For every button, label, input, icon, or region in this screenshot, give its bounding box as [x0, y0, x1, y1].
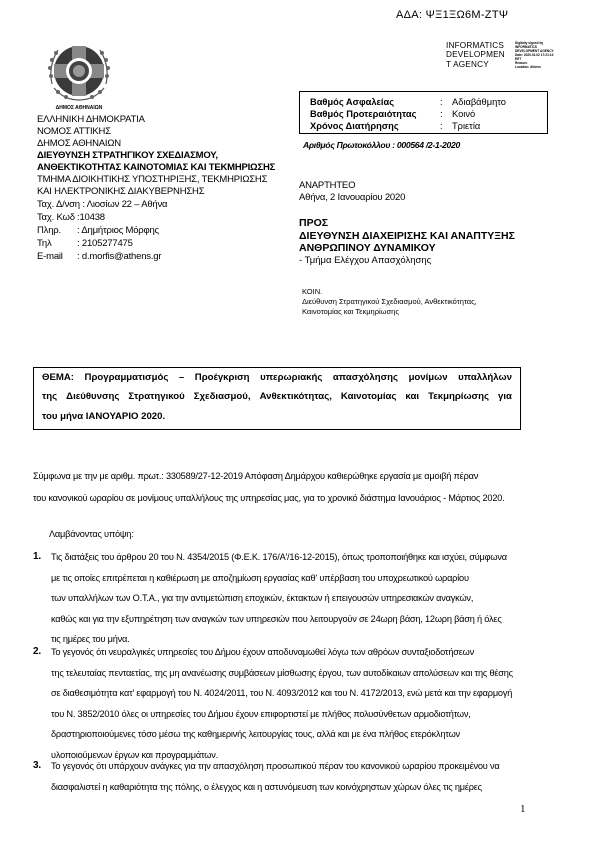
subject-word: Τεκμηρίωσης	[428, 391, 489, 402]
subject-line-2: της Διεύθυνσης Στρατηγικού Σχεδιασμού, Α…	[42, 391, 512, 402]
athens-emblem-icon	[44, 36, 114, 106]
subject-line-1: ΘΕΜΑ: Προγραμματισμός – Προέγκριση υπερω…	[42, 372, 512, 383]
contact-label: E-mail	[37, 251, 77, 263]
item-line: δραστηριοποιούμενες τόσο μέσω της καθημε…	[51, 724, 513, 745]
directorate-line: ΔΙΕΥΘΥΝΣΗ ΣΤΡΑΤΗΓΙΚΟΥ ΣΧΕΔΙΑΣΜΟΥ,	[37, 150, 275, 162]
subject-word: για	[498, 391, 512, 402]
protocol-number: Αριθμός Πρωτοκόλλου : 000564 /2-1-2020	[303, 140, 460, 150]
intro-line: του κανονικού ωραρίου σε μονίμους υπαλλή…	[33, 487, 505, 509]
subject-word: υπαλλήλων	[458, 372, 512, 383]
item-line: των υπαλλήλων των Ο.Τ.Α., για την αντιμε…	[51, 588, 507, 609]
subject-label: ΘΕΜΑ:	[42, 372, 74, 383]
contact-label: Πληρ.	[37, 225, 77, 237]
classification-label: Χρόνος Διατήρησης	[310, 120, 440, 132]
contact-row: E-mail : d.morfis@athens.gr	[37, 251, 275, 263]
subject-word: μονίμων	[409, 372, 448, 383]
subject-word: Σχεδιασμού,	[194, 391, 251, 402]
item-line: σε διαθεσιμότητα κατ' εφαρμογή του Ν. 40…	[51, 683, 513, 704]
contact-row: Ταχ. Κωδ :10438	[37, 212, 275, 224]
contact-label: Ταχ. Κωδ	[37, 212, 77, 224]
recipient-block: ΠΡΟΣ ΔΙΕΥΘΥΝΣΗ ΔΙΑΧΕΙΡΙΣΗΣ ΚΑΙ ΑΝΑΠΤΥΞΗΣ…	[299, 217, 515, 267]
email-address[interactable]: : d.morfis@athens.gr	[77, 251, 161, 263]
subject-word: Καινοτομίας	[341, 391, 397, 402]
list-item-2: 2. Το γεγονός ότι νευραλγικές υπηρεσίες …	[33, 642, 513, 765]
classification-value: Τριετία	[452, 121, 480, 131]
item-line: του Ν. 3852/2010 όλες οι υπηρεσίες του Δ…	[51, 704, 513, 725]
considering-label: Λαμβάνοντας υπόψη:	[49, 528, 134, 540]
list-item-3: 3. Το γεγονός ότι υπάρχουν ανάγκες για τ…	[33, 756, 499, 797]
subject-word: Προέγκριση	[195, 372, 250, 383]
sender-line: ΝΟΜΟΣ ΑΤΤΙΚΗΣ	[37, 126, 275, 138]
agency-line: INFORMATICS	[446, 41, 505, 50]
contact-row: Τηλ : 2105277475	[37, 238, 275, 250]
ada-code: ΑΔΑ: ΨΞ1ΞΩ6Μ-ΖΤΨ	[396, 9, 508, 21]
subject-line-3: του μήνα ΙΑΝΟΥΑΡΙΟ 2020.	[42, 411, 165, 422]
classification-row: Χρόνος Διατήρησης:Τριετία	[310, 120, 480, 132]
cc-line: Διεύθυνση Στρατηγικού Σχεδιασμού, Ανθεκτ…	[302, 297, 477, 307]
item-line: της τελευταίας πενταετίας, της μη ανανέω…	[51, 663, 513, 684]
item-line: Το γεγονός ότι νευραλγικές υπηρεσίες του…	[51, 642, 513, 663]
subject-word: Ανθεκτικότητας,	[260, 391, 332, 402]
postal-code: :10438	[77, 212, 105, 224]
contact-label: Τηλ	[37, 238, 77, 250]
classification-label: Βαθμός Ασφαλείας	[310, 96, 440, 108]
subject-word: Διεύθυνσης	[66, 391, 119, 402]
subject-word: Προγραμματισμός	[85, 372, 169, 383]
classification-label: Βαθμός Προτεραιότητας	[310, 108, 440, 120]
sender-line: ΔΗΜΟΣ ΑΘΗΝΑΙΩΝ	[37, 138, 275, 150]
recipient-heading: ΠΡΟΣ	[299, 217, 515, 230]
subject-word: απασχόλησης	[333, 372, 398, 383]
municipality-logo	[44, 36, 114, 106]
classification-row: Βαθμός Προτεραιότητας:Κοινό	[310, 108, 475, 120]
list-item-1: 1. Τις διατάξεις του άρθρου 20 του Ν. 43…	[33, 547, 507, 650]
directorate-line: ΑΝΘΕΚΤΙΚΟΤΗΤΑΣ ΚΑΙΝΟΤΟΜΙΑΣ ΚΑΙ ΤΕΚΜΗΡΙΩΣ…	[37, 162, 275, 174]
cc-heading: ΚΟΙΝ.	[302, 287, 477, 297]
cc-block: ΚΟΙΝ. Διεύθυνση Στρατηγικού Σχεδιασμού, …	[302, 287, 477, 317]
phone-number: : 2105277475	[77, 238, 133, 250]
contact-person: : Δημήτριος Μόρφης	[77, 225, 159, 237]
item-line: Το γεγονός ότι υπάρχουν ανάγκες για την …	[51, 756, 499, 777]
subject-word: και	[405, 391, 419, 402]
classification-row: Βαθμός Ασφαλείας:Αδιαβάθμητο	[310, 96, 506, 108]
contact-row: Πληρ. : Δημήτριος Μόρφης	[37, 225, 275, 237]
item-line: Τις διατάξεις του άρθρου 20 του Ν. 4354/…	[51, 547, 507, 568]
subject-box: ΘΕΜΑ: Προγραμματισμός – Προέγκριση υπερω…	[33, 367, 521, 430]
digital-signature-details: Digitally signed by INFORMATICS DEVELOPM…	[515, 41, 554, 69]
agency-line: DEVELOPMEN	[446, 50, 505, 59]
item-number: 1.	[33, 547, 41, 568]
logo-caption: ΔΗΜΟΣ ΑΘΗΝΑΙΩΝ	[44, 105, 114, 111]
posting-label: ΑΝΑΡΤΗΤΕΟ	[299, 180, 405, 192]
cc-line: Καινοτομίας και Τεκμηρίωσης	[302, 307, 477, 317]
department-line: ΤΜΗΜΑ ΔΙΟΙΚΗΤΙΚΗΣ ΥΠΟΣΤΗΡΙΞΗΣ, ΤΕΚΜΗΡΙΩΣ…	[37, 174, 275, 186]
document-date: Αθήνα, 2 Ιανουαρίου 2020	[299, 192, 405, 204]
classification-value: Κοινό	[452, 109, 475, 119]
item-number: 2.	[33, 642, 41, 663]
subject-word: –	[179, 372, 184, 383]
page-number: 1	[520, 803, 526, 815]
subject-word: Στρατηγικού	[128, 391, 184, 402]
subject-word: της	[42, 391, 57, 402]
signature-line: Location: Athens	[515, 65, 554, 69]
subject-word: υπερωριακής	[260, 372, 322, 383]
classification-box: Βαθμός Ασφαλείας:Αδιαβάθμητο Βαθμός Προτ…	[299, 91, 548, 134]
item-line: διασφαλιστεί η καθαριότητα της πόλης, ο …	[51, 777, 499, 798]
recipient-department: - Τμήμα Ελέγχου Απασχόλησης	[299, 255, 515, 268]
sender-line: ΕΛΛΗΝΙΚΗ ΔΗΜΟΚΡΑΤΙΑ	[37, 114, 275, 126]
department-line: ΚΑΙ ΗΛΕΚΤΡΟΝΙΚΗΣ ΔΙΑΚΥΒΕΡΝΗΣΗΣ	[37, 186, 275, 198]
recipient-line: ΔΙΕΥΘΥΝΣΗ ΔΙΑΧΕΙΡΙΣΗΣ ΚΑΙ ΑΝΑΠΤΥΞΗΣ	[299, 230, 515, 243]
item-line: καθώς και για την εξυπηρέτηση των αναγκώ…	[51, 609, 507, 630]
sender-block: ΕΛΛΗΝΙΚΗ ΔΗΜΟΚΡΑΤΙΑ ΝΟΜΟΣ ΑΤΤΙΚΗΣ ΔΗΜΟΣ …	[37, 114, 275, 263]
intro-line: Σύμφωνα με την με αριθμ. πρωτ.: 330589/2…	[33, 465, 505, 487]
recipient-line: ΑΝΘΡΩΠΙΝΟΥ ΔΥΝΑΜΙΚΟΥ	[299, 242, 515, 255]
item-line: με τις οποίες επιτρέπεται η καθιέρωση με…	[51, 568, 507, 589]
intro-paragraph: Σύμφωνα με την με αριθμ. πρωτ.: 330589/2…	[33, 465, 505, 509]
address-line: Ταχ. Δ/νση : Λιοσίων 22 – Αθήνα	[37, 199, 275, 211]
signature-agency: INFORMATICS DEVELOPMEN T AGENCY	[446, 41, 505, 69]
item-number: 3.	[33, 756, 41, 777]
classification-value: Αδιαβάθμητο	[452, 97, 506, 107]
posting-block: ΑΝΑΡΤΗΤΕΟ Αθήνα, 2 Ιανουαρίου 2020	[299, 180, 405, 204]
agency-line: T AGENCY	[446, 60, 505, 69]
